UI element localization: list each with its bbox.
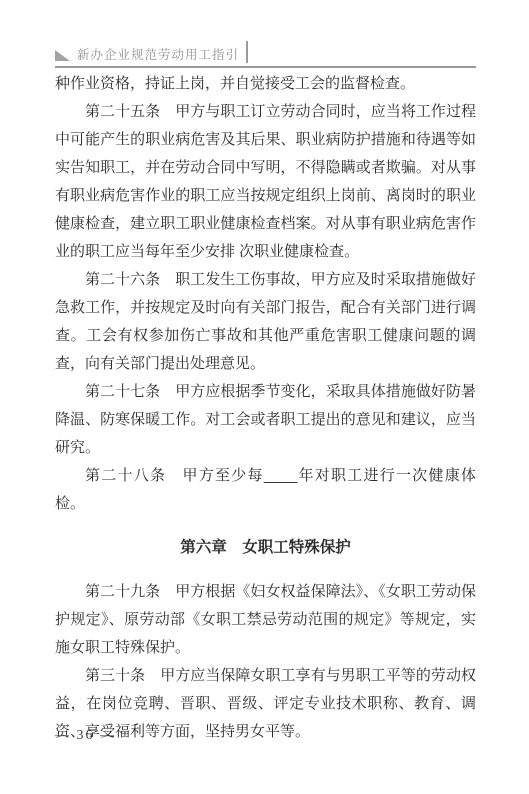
page-header: 新办企业规范劳动用工指引	[55, 0, 476, 68]
header-tick-divider	[246, 41, 248, 63]
paragraph-article-26: 第二十六条 职工发生工伤事故，甲方应及时采取措施做好急救工作，并按规定及时向有关…	[55, 266, 476, 378]
header-title: 新办企业规范劳动用工指引	[77, 47, 239, 63]
paragraph-article-29: 第二十九条 甲方根据《妇女权益保障法》、《女职工劳动保护规定》、原劳动部《女职工…	[55, 578, 476, 662]
document-page: 新办企业规范劳动用工指引 种作业资格，持证上岗，并自觉接受工会的监督检查。 第二…	[0, 0, 529, 794]
page-number: — 36 —	[55, 728, 116, 744]
paragraph-article-27: 第二十七条 甲方应根据季节变化，采取具体措施做好防暑降温、防寒保暖工作。对工会或…	[55, 378, 476, 462]
page-content: 新办企业规范劳动用工指引 种作业资格，持证上岗，并自觉接受工会的监督检查。 第二…	[0, 0, 529, 746]
chapter-heading: 第六章 女职工特殊保护	[55, 534, 476, 562]
paragraph-article-25: 第二十五条 甲方与职工订立劳动合同时，应当将工作过程中可能产生的职业病危害及其后…	[55, 98, 476, 266]
paragraph-article-30: 第三十条 甲方应当保障女职工享有与男职工平等的劳动权益，在岗位竞聘、晋职、晋级、…	[55, 662, 476, 746]
document-body: 种作业资格，持证上岗，并自觉接受工会的监督检查。 第二十五条 甲方与职工订立劳动…	[55, 68, 476, 746]
paragraph-continuation: 种作业资格，持证上岗，并自觉接受工会的监督检查。	[55, 70, 476, 98]
corner-triangle-icon	[55, 50, 70, 61]
paragraph-article-28: 第二十八条 甲方至少每____年对职工进行一次健康体检。	[55, 462, 476, 518]
